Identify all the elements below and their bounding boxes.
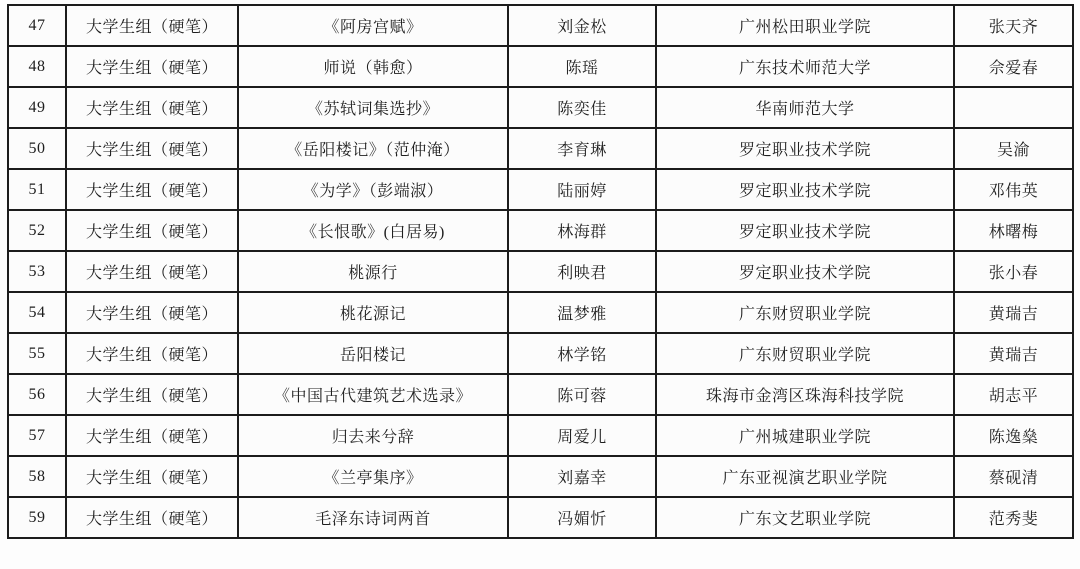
cell-work-title: 《中国古代建筑艺术选录》 xyxy=(238,374,508,415)
cell-instructor: 蔡砚清 xyxy=(954,456,1073,497)
cell-instructor: 黄瑞吉 xyxy=(954,333,1073,374)
cell-participant-name: 冯媚忻 xyxy=(508,497,656,538)
cell-group: 大学生组（硬笔） xyxy=(66,333,238,374)
cell-instructor: 邓伟英 xyxy=(954,169,1073,210)
cell-participant-name: 林海群 xyxy=(508,210,656,251)
cell-group: 大学生组（硬笔） xyxy=(66,456,238,497)
cell-entry-number: 59 xyxy=(8,497,66,538)
cell-participant-name: 利映君 xyxy=(508,251,656,292)
table-row: 50 大学生组（硬笔） 《岳阳楼记》（范仲淹） 李育琳 罗定职业技术学院 吴渝 xyxy=(8,128,1073,169)
table-row: 58 大学生组（硬笔） 《兰亭集序》 刘嘉幸 广东亚视演艺职业学院 蔡砚清 xyxy=(8,456,1073,497)
cell-school: 广州城建职业学院 xyxy=(656,415,954,456)
cell-entry-number: 58 xyxy=(8,456,66,497)
cell-instructor: 张天齐 xyxy=(954,5,1073,46)
cell-group: 大学生组（硬笔） xyxy=(66,87,238,128)
cell-entry-number: 50 xyxy=(8,128,66,169)
cell-work-title: 桃源行 xyxy=(238,251,508,292)
cell-instructor: 张小春 xyxy=(954,251,1073,292)
cell-entry-number: 47 xyxy=(8,5,66,46)
cell-entry-number: 55 xyxy=(8,333,66,374)
cell-school: 广东财贸职业学院 xyxy=(656,292,954,333)
cell-group: 大学生组（硬笔） xyxy=(66,415,238,456)
cell-entry-number: 48 xyxy=(8,46,66,87)
cell-school: 罗定职业技术学院 xyxy=(656,169,954,210)
table-row: 57 大学生组（硬笔） 归去来兮辞 周爱儿 广州城建职业学院 陈逸燊 xyxy=(8,415,1073,456)
table-row: 54 大学生组（硬笔） 桃花源记 温梦雅 广东财贸职业学院 黄瑞吉 xyxy=(8,292,1073,333)
cell-work-title: 归去来兮辞 xyxy=(238,415,508,456)
cell-entry-number: 56 xyxy=(8,374,66,415)
cell-work-title: 《为学》（彭端淑） xyxy=(238,169,508,210)
cell-school: 罗定职业技术学院 xyxy=(656,128,954,169)
cell-school: 广东技术师范大学 xyxy=(656,46,954,87)
cell-work-title: 毛泽东诗词两首 xyxy=(238,497,508,538)
cell-instructor: 吴渝 xyxy=(954,128,1073,169)
cell-group: 大学生组（硬笔） xyxy=(66,5,238,46)
cell-group: 大学生组（硬笔） xyxy=(66,210,238,251)
cell-entry-number: 53 xyxy=(8,251,66,292)
cell-group: 大学生组（硬笔） xyxy=(66,374,238,415)
table-row: 55 大学生组（硬笔） 岳阳楼记 林学铭 广东财贸职业学院 黄瑞吉 xyxy=(8,333,1073,374)
cell-school: 广东文艺职业学院 xyxy=(656,497,954,538)
cell-instructor: 佘爱春 xyxy=(954,46,1073,87)
cell-instructor: 范秀斐 xyxy=(954,497,1073,538)
cell-school: 广东亚视演艺职业学院 xyxy=(656,456,954,497)
cell-entry-number: 51 xyxy=(8,169,66,210)
cell-group: 大学生组（硬笔） xyxy=(66,46,238,87)
cell-participant-name: 陈奕佳 xyxy=(508,87,656,128)
cell-instructor: 胡志平 xyxy=(954,374,1073,415)
cell-school: 华南师范大学 xyxy=(656,87,954,128)
table-row: 49 大学生组（硬笔） 《苏轼词集选抄》 陈奕佳 华南师范大学 xyxy=(8,87,1073,128)
cell-participant-name: 李育琳 xyxy=(508,128,656,169)
cell-participant-name: 刘金松 xyxy=(508,5,656,46)
cell-work-title: 岳阳楼记 xyxy=(238,333,508,374)
cell-instructor: 林曙梅 xyxy=(954,210,1073,251)
cell-group: 大学生组（硬笔） xyxy=(66,128,238,169)
cell-work-title: 《阿房宫赋》 xyxy=(238,5,508,46)
cell-group: 大学生组（硬笔） xyxy=(66,497,238,538)
cell-work-title: 《苏轼词集选抄》 xyxy=(238,87,508,128)
cell-participant-name: 陈瑶 xyxy=(508,46,656,87)
table-row: 52 大学生组（硬笔） 《长恨歌》(白居易) 林海群 罗定职业技术学院 林曙梅 xyxy=(8,210,1073,251)
table-row: 53 大学生组（硬笔） 桃源行 利映君 罗定职业技术学院 张小春 xyxy=(8,251,1073,292)
cell-participant-name: 陆丽婷 xyxy=(508,169,656,210)
cell-participant-name: 林学铭 xyxy=(508,333,656,374)
results-table-body: 47 大学生组（硬笔） 《阿房宫赋》 刘金松 广州松田职业学院 张天齐 48 大… xyxy=(8,5,1073,538)
cell-school: 广东财贸职业学院 xyxy=(656,333,954,374)
cell-entry-number: 57 xyxy=(8,415,66,456)
cell-entry-number: 49 xyxy=(8,87,66,128)
table-row: 51 大学生组（硬笔） 《为学》（彭端淑） 陆丽婷 罗定职业技术学院 邓伟英 xyxy=(8,169,1073,210)
cell-entry-number: 52 xyxy=(8,210,66,251)
cell-group: 大学生组（硬笔） xyxy=(66,292,238,333)
table-row: 47 大学生组（硬笔） 《阿房宫赋》 刘金松 广州松田职业学院 张天齐 xyxy=(8,5,1073,46)
cell-participant-name: 刘嘉幸 xyxy=(508,456,656,497)
cell-work-title: 师说（韩愈） xyxy=(238,46,508,87)
cell-instructor: 黄瑞吉 xyxy=(954,292,1073,333)
table-row: 48 大学生组（硬笔） 师说（韩愈） 陈瑶 广东技术师范大学 佘爱春 xyxy=(8,46,1073,87)
cell-group: 大学生组（硬笔） xyxy=(66,251,238,292)
cell-work-title: 《岳阳楼记》（范仲淹） xyxy=(238,128,508,169)
cell-school: 罗定职业技术学院 xyxy=(656,251,954,292)
cell-participant-name: 陈可蓉 xyxy=(508,374,656,415)
cell-entry-number: 54 xyxy=(8,292,66,333)
cell-work-title: 桃花源记 xyxy=(238,292,508,333)
document-page: 47 大学生组（硬笔） 《阿房宫赋》 刘金松 广州松田职业学院 张天齐 48 大… xyxy=(0,0,1080,569)
cell-school: 广州松田职业学院 xyxy=(656,5,954,46)
cell-participant-name: 温梦雅 xyxy=(508,292,656,333)
cell-work-title: 《长恨歌》(白居易) xyxy=(238,210,508,251)
results-table: 47 大学生组（硬笔） 《阿房宫赋》 刘金松 广州松田职业学院 张天齐 48 大… xyxy=(7,4,1074,539)
table-row: 56 大学生组（硬笔） 《中国古代建筑艺术选录》 陈可蓉 珠海市金湾区珠海科技学… xyxy=(8,374,1073,415)
cell-instructor xyxy=(954,87,1073,128)
cell-group: 大学生组（硬笔） xyxy=(66,169,238,210)
table-row: 59 大学生组（硬笔） 毛泽东诗词两首 冯媚忻 广东文艺职业学院 范秀斐 xyxy=(8,497,1073,538)
cell-instructor: 陈逸燊 xyxy=(954,415,1073,456)
cell-participant-name: 周爱儿 xyxy=(508,415,656,456)
cell-work-title: 《兰亭集序》 xyxy=(238,456,508,497)
cell-school: 罗定职业技术学院 xyxy=(656,210,954,251)
cell-school: 珠海市金湾区珠海科技学院 xyxy=(656,374,954,415)
